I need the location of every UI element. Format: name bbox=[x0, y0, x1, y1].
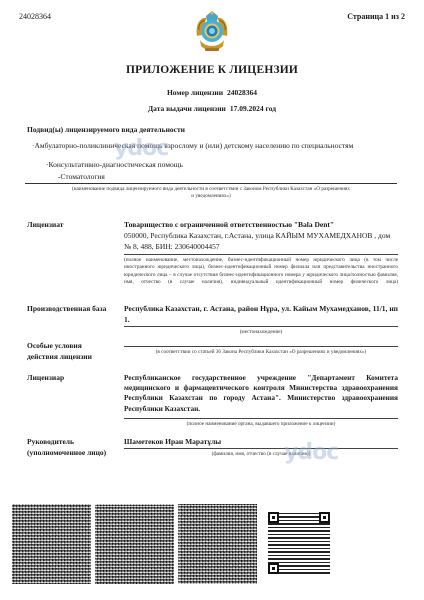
production-base-caption: (местонахождение) bbox=[124, 329, 398, 336]
divider bbox=[124, 254, 398, 255]
qr-finder-icon bbox=[268, 512, 279, 523]
production-base-value: Республика Казахстан, г. Астана, район Н… bbox=[124, 304, 398, 326]
licensee-name: Товарищество с ограниченной ответственно… bbox=[124, 220, 398, 231]
special-conditions-label: Особые условия действия лицензии bbox=[27, 341, 92, 363]
license-date-line: Дата выдачи лицензии17.09.2024 год bbox=[0, 104, 424, 113]
head-label: Руководитель (уполномоченное лицо) bbox=[27, 437, 106, 459]
licensee-label: Лицензиат bbox=[27, 220, 63, 231]
special-conditions-caption: (в соответствии со статьей 36 Закона Рес… bbox=[124, 349, 398, 356]
license-date-value: 17.09.2024 год bbox=[230, 104, 276, 113]
subtypes-heading: Подвид(ы) лицензируемого вида деятельнос… bbox=[27, 125, 185, 134]
subtype-item: ·Амбулаторно-поликлиническая помощь взро… bbox=[32, 141, 353, 150]
qr-finder-icon bbox=[319, 512, 330, 523]
watermark: ydoc bbox=[284, 440, 338, 465]
watermark: ydoc bbox=[114, 136, 168, 161]
divider bbox=[124, 346, 398, 347]
divider bbox=[124, 418, 398, 419]
datamatrix-code-1 bbox=[12, 504, 91, 584]
page-indicator: Страница 1 из 2 bbox=[347, 12, 405, 21]
document-number: 24028364 bbox=[19, 12, 51, 21]
license-number-label: Номер лицензии bbox=[167, 88, 223, 97]
licensee-caption: (полное наименование, местонахождение, б… bbox=[124, 257, 398, 287]
licensor-caption: (полное наименование органа, выдавшего п… bbox=[124, 421, 398, 428]
head-value: Шаметеков Иран Маратұлы bbox=[124, 437, 398, 448]
head-caption: (фамилия, имя, отчество (в случае наличи… bbox=[124, 451, 398, 458]
divider bbox=[124, 326, 398, 327]
qr-finder-icon bbox=[268, 563, 279, 574]
state-emblem-icon bbox=[193, 10, 231, 54]
datamatrix-code-3 bbox=[178, 504, 257, 584]
subtype-item: ·Консультативно-диагностическая помощь bbox=[46, 160, 183, 169]
license-date-label: Дата выдачи лицензии bbox=[148, 104, 226, 113]
licensor-value: Республиканское государственное учрежден… bbox=[124, 373, 398, 414]
datamatrix-code-2 bbox=[95, 504, 174, 584]
document-title: ПРИЛОЖЕНИЕ К ЛИЦЕНЗИИ bbox=[0, 64, 424, 76]
production-base-label: Производственная база bbox=[27, 304, 106, 315]
license-number-line: Номер лицензии24028364 bbox=[0, 88, 424, 97]
licensor-label: Лицензиар bbox=[27, 373, 64, 384]
subtypes-caption: (наименование подвида лицензируемого вид… bbox=[25, 186, 397, 200]
divider bbox=[124, 448, 398, 449]
subtype-item: -Стоматология bbox=[58, 172, 105, 181]
license-number-value: 24028364 bbox=[227, 88, 257, 97]
licensee-address: 050000, Республика Казахстан, г.Астана, … bbox=[124, 231, 398, 253]
divider bbox=[25, 183, 397, 184]
qr-code bbox=[268, 512, 330, 574]
